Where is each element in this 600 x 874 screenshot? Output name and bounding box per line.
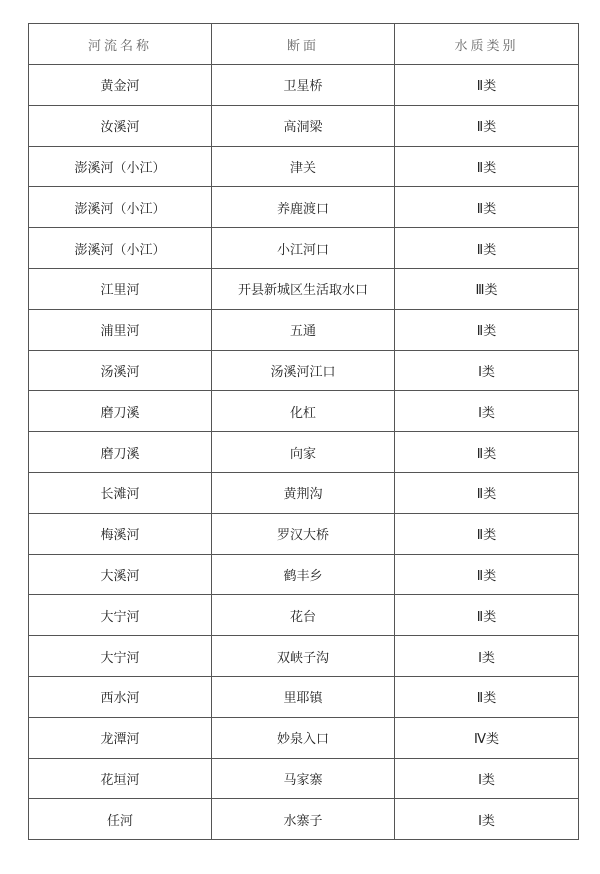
section-cell: 卫星桥 [212, 65, 395, 106]
river-name-cell: 澎溪河（小江） [29, 187, 212, 228]
section-cell: 鹤丰乡 [212, 554, 395, 595]
river-name-cell: 澎溪河（小江） [29, 146, 212, 187]
table-body: 黄金河卫星桥Ⅱ类汝溪河高洞梁Ⅱ类澎溪河（小江）津关Ⅱ类澎溪河（小江）养鹿渡口Ⅱ类… [29, 65, 579, 840]
table-row: 大溪河鹤丰乡Ⅱ类 [29, 554, 579, 595]
section-cell: 向家 [212, 432, 395, 473]
water-quality-table: 河流名称 断面 水质类别 黄金河卫星桥Ⅱ类汝溪河高洞梁Ⅱ类澎溪河（小江）津关Ⅱ类… [28, 23, 579, 840]
header-water-quality-class: 水质类别 [395, 24, 579, 65]
river-name-cell: 江里河 [29, 268, 212, 309]
river-name-cell: 梅溪河 [29, 513, 212, 554]
water-quality-class-cell: Ⅰ类 [395, 636, 579, 677]
section-cell: 妙泉入口 [212, 717, 395, 758]
water-quality-class-cell: Ⅰ类 [395, 799, 579, 840]
table-row: 大宁河花台Ⅱ类 [29, 595, 579, 636]
water-quality-class-cell: Ⅱ类 [395, 65, 579, 106]
section-cell: 双峡子沟 [212, 636, 395, 677]
river-name-cell: 汝溪河 [29, 105, 212, 146]
river-name-cell: 大宁河 [29, 636, 212, 677]
section-cell: 黄荆沟 [212, 472, 395, 513]
header-section: 断面 [212, 24, 395, 65]
water-quality-class-cell: Ⅱ类 [395, 228, 579, 269]
water-quality-class-cell: Ⅱ类 [395, 187, 579, 228]
table-row: 澎溪河（小江）津关Ⅱ类 [29, 146, 579, 187]
river-name-cell: 龙潭河 [29, 717, 212, 758]
water-quality-class-cell: Ⅱ类 [395, 513, 579, 554]
water-quality-class-cell: Ⅰ类 [395, 758, 579, 799]
water-quality-class-cell: Ⅰ类 [395, 350, 579, 391]
table-row: 浦里河五通Ⅱ类 [29, 309, 579, 350]
river-name-cell: 磨刀溪 [29, 391, 212, 432]
table-row: 汝溪河高洞梁Ⅱ类 [29, 105, 579, 146]
river-name-cell: 汤溪河 [29, 350, 212, 391]
section-cell: 开县新城区生活取水口 [212, 268, 395, 309]
table-row: 黄金河卫星桥Ⅱ类 [29, 65, 579, 106]
river-name-cell: 大溪河 [29, 554, 212, 595]
section-cell: 化杠 [212, 391, 395, 432]
table-row: 西水河里耶镇Ⅱ类 [29, 676, 579, 717]
water-quality-class-cell: Ⅱ类 [395, 432, 579, 473]
table-row: 大宁河双峡子沟Ⅰ类 [29, 636, 579, 677]
river-name-cell: 澎溪河（小江） [29, 228, 212, 269]
river-name-cell: 任河 [29, 799, 212, 840]
water-quality-class-cell: Ⅳ类 [395, 717, 579, 758]
table-row: 任河水寨子Ⅰ类 [29, 799, 579, 840]
table-row: 长滩河黄荆沟Ⅱ类 [29, 472, 579, 513]
header-river-name: 河流名称 [29, 24, 212, 65]
river-name-cell: 磨刀溪 [29, 432, 212, 473]
water-quality-class-cell: Ⅱ类 [395, 554, 579, 595]
table-row: 磨刀溪化杠Ⅰ类 [29, 391, 579, 432]
river-name-cell: 长滩河 [29, 472, 212, 513]
section-cell: 津关 [212, 146, 395, 187]
table-row: 澎溪河（小江）小江河口Ⅱ类 [29, 228, 579, 269]
river-name-cell: 西水河 [29, 676, 212, 717]
section-cell: 五通 [212, 309, 395, 350]
water-quality-class-cell: Ⅰ类 [395, 391, 579, 432]
section-cell: 水寨子 [212, 799, 395, 840]
table-row: 磨刀溪向家Ⅱ类 [29, 432, 579, 473]
river-name-cell: 浦里河 [29, 309, 212, 350]
water-quality-class-cell: Ⅱ类 [395, 676, 579, 717]
section-cell: 小江河口 [212, 228, 395, 269]
section-cell: 养鹿渡口 [212, 187, 395, 228]
river-name-cell: 花垣河 [29, 758, 212, 799]
table-row: 澎溪河（小江）养鹿渡口Ⅱ类 [29, 187, 579, 228]
table-row: 梅溪河罗汉大桥Ⅱ类 [29, 513, 579, 554]
water-quality-class-cell: Ⅱ类 [395, 105, 579, 146]
table-row: 龙潭河妙泉入口Ⅳ类 [29, 717, 579, 758]
section-cell: 马家寨 [212, 758, 395, 799]
water-quality-class-cell: Ⅱ类 [395, 472, 579, 513]
section-cell: 罗汉大桥 [212, 513, 395, 554]
section-cell: 高洞梁 [212, 105, 395, 146]
water-quality-class-cell: Ⅱ类 [395, 309, 579, 350]
river-name-cell: 大宁河 [29, 595, 212, 636]
water-quality-class-cell: Ⅲ类 [395, 268, 579, 309]
header-row: 河流名称 断面 水质类别 [29, 24, 579, 65]
section-cell: 里耶镇 [212, 676, 395, 717]
table-row: 汤溪河汤溪河江口Ⅰ类 [29, 350, 579, 391]
water-quality-class-cell: Ⅱ类 [395, 146, 579, 187]
section-cell: 花台 [212, 595, 395, 636]
river-name-cell: 黄金河 [29, 65, 212, 106]
water-quality-class-cell: Ⅱ类 [395, 595, 579, 636]
section-cell: 汤溪河江口 [212, 350, 395, 391]
table-row: 花垣河马家寨Ⅰ类 [29, 758, 579, 799]
table-row: 江里河开县新城区生活取水口Ⅲ类 [29, 268, 579, 309]
